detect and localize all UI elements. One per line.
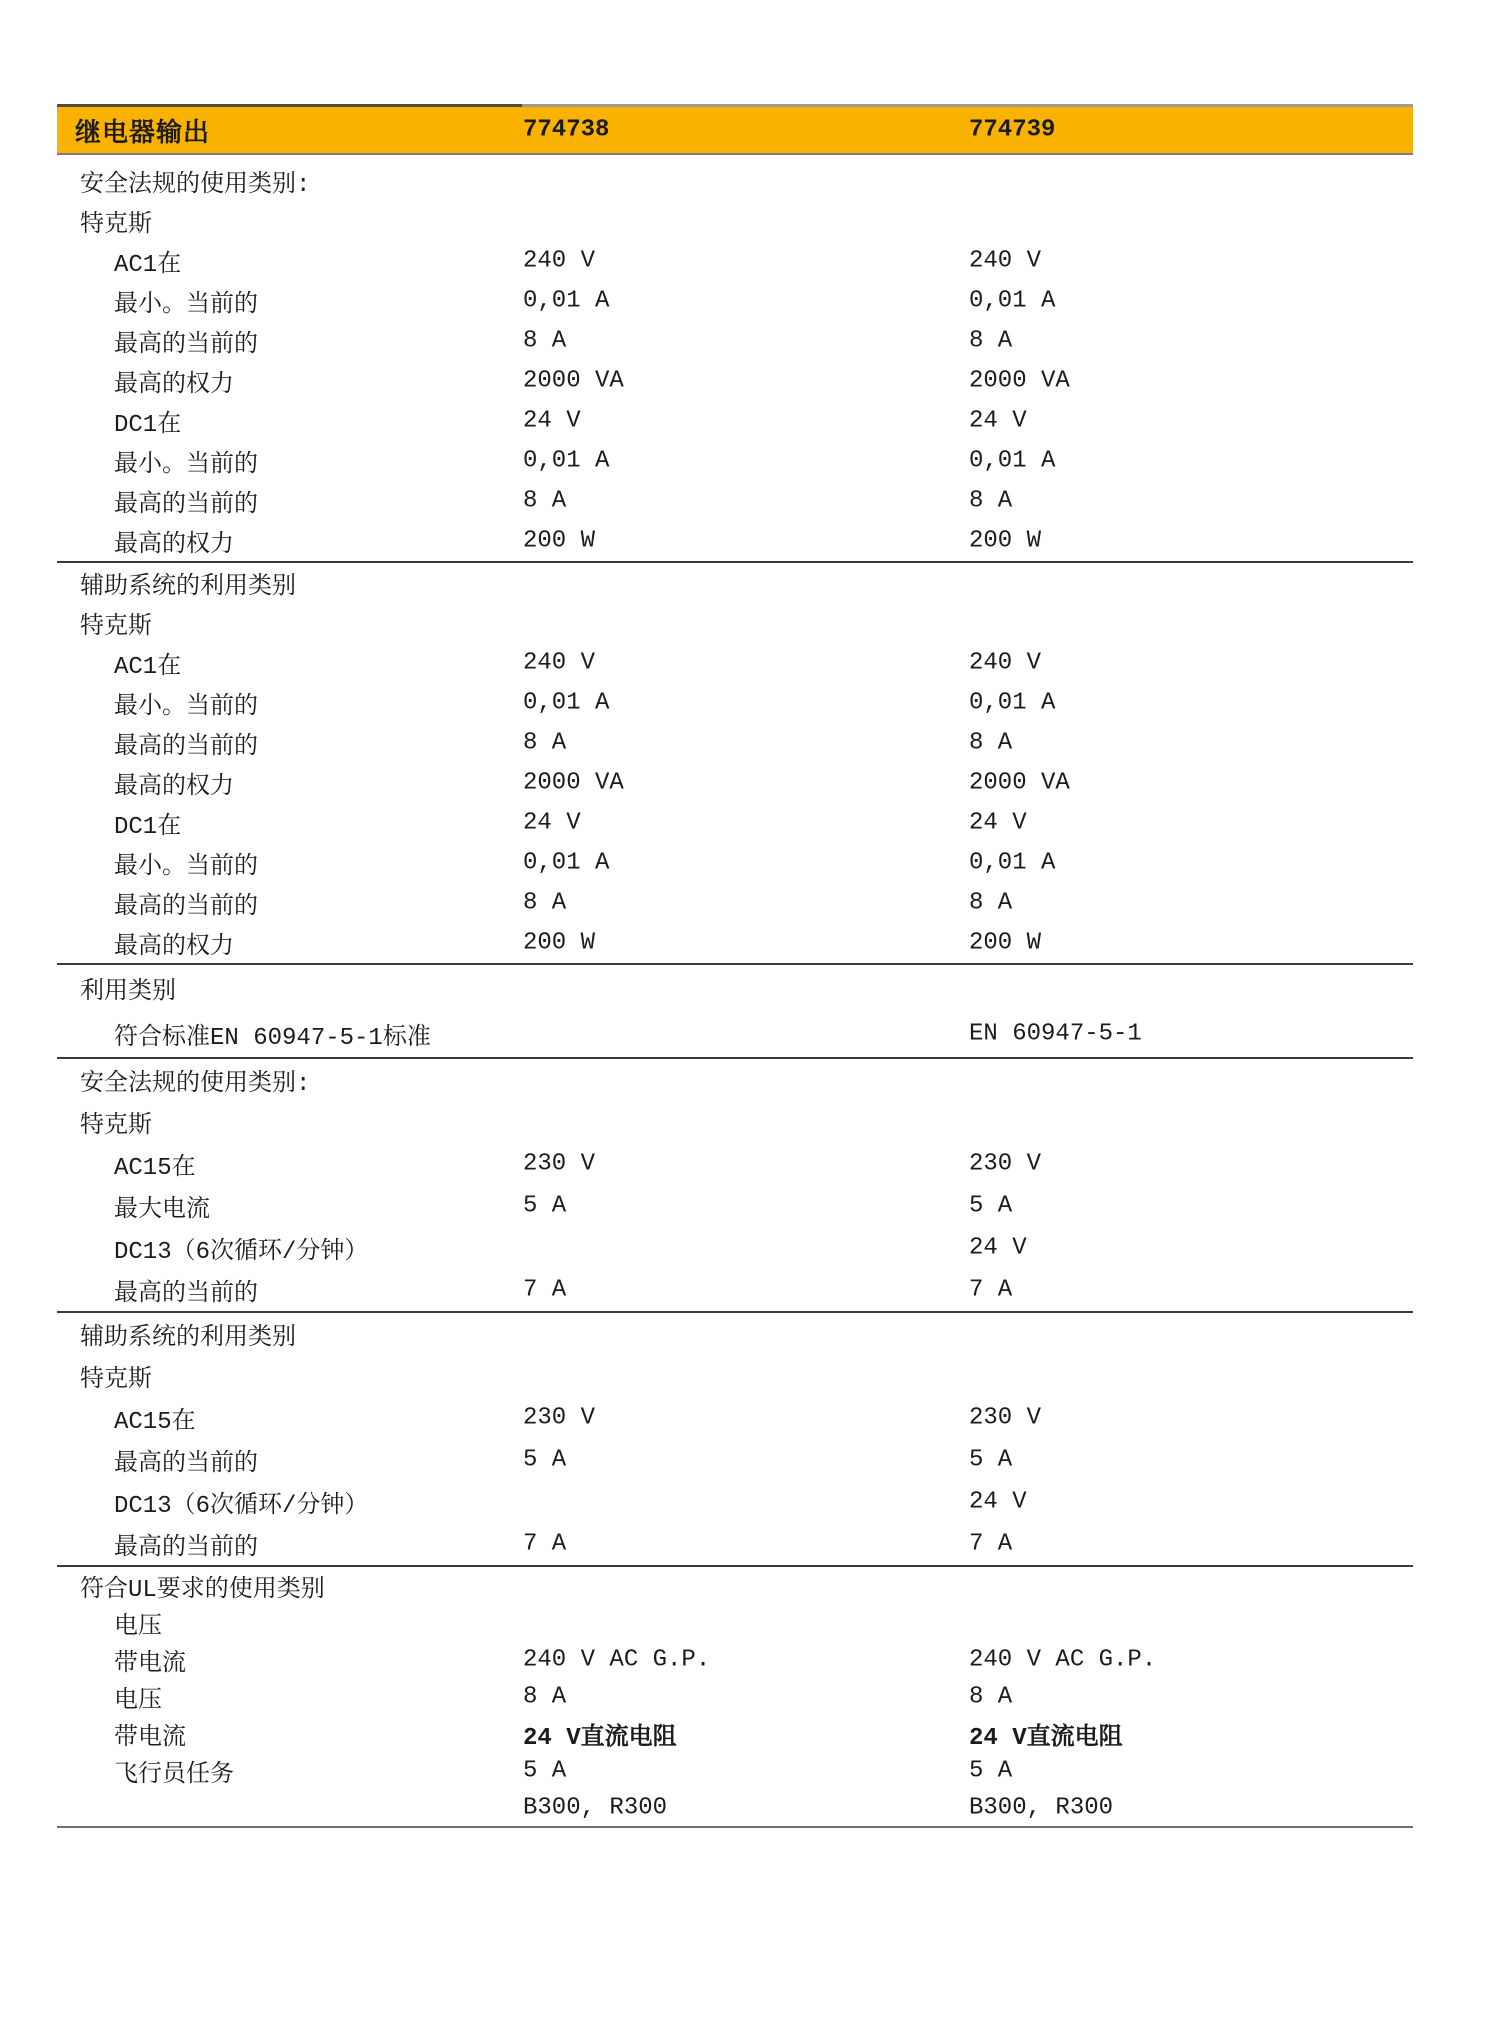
value-774739: 240 V AC G.P. (969, 1646, 1156, 1673)
value-774739: 0,01 A (969, 690, 1055, 717)
value-774739: 8 A (969, 730, 1012, 757)
value-774738: 0,01 A (523, 690, 609, 717)
row-label: DC13（6次循环/分钟） (57, 1484, 368, 1520)
value-774739: 24 V (969, 810, 1027, 837)
spec-row: 安全法规的使用类别: (57, 1059, 1413, 1101)
spec-row: 最小。当前的0,01 A0,01 A (57, 843, 1413, 883)
value-774739: 240 V (969, 650, 1041, 677)
spec-row: 最小。当前的0,01 A0,01 A (57, 683, 1413, 723)
value-774738: 8 A (523, 890, 566, 917)
row-label: DC1在 (57, 403, 181, 439)
value-774739: 8 A (969, 328, 1012, 355)
value-774738: 240 V (523, 248, 595, 275)
row-label: 电压 (57, 1605, 162, 1641)
row-label: 特克斯 (57, 1358, 152, 1394)
spec-row: 最大电流5 A5 A (57, 1185, 1413, 1227)
value-774739: EN 60947-5-1 (969, 1021, 1142, 1048)
value-774738: 2000 VA (523, 368, 624, 395)
row-label: AC15在 (57, 1400, 196, 1436)
value-774738: 0,01 A (523, 288, 609, 315)
spec-row: DC13（6次循环/分钟）24 V (57, 1481, 1413, 1523)
row-label: 最小。当前的 (57, 283, 258, 319)
spec-row: 最高的当前的8 A8 A (57, 321, 1413, 361)
value-774739: 7 A (969, 1531, 1012, 1558)
value-774738: 8 A (523, 1683, 566, 1710)
row-label: AC1在 (57, 645, 181, 681)
value-774738: 0,01 A (523, 850, 609, 877)
section: 安全法规的使用类别:特克斯AC1在240 V240 V最小。当前的0,01 A0… (57, 155, 1413, 561)
spec-content: 继电器输出 774738 774739 安全法规的使用类别:特克斯AC1在240… (57, 104, 1413, 1828)
spec-row: 最高的权力2000 VA2000 VA (57, 763, 1413, 803)
row-label: 最小。当前的 (57, 845, 258, 881)
section: 安全法规的使用类别:特克斯AC15在230 V230 V最大电流5 A5 ADC… (57, 1057, 1413, 1311)
spec-row: 带电流240 V AC G.P.240 V AC G.P. (57, 1641, 1413, 1678)
value-774739: 5 A (969, 1193, 1012, 1220)
value-774739: 24 V (969, 408, 1027, 435)
row-label: 符合标准EN 60947-5-1标准 (57, 1016, 431, 1052)
row-label: 最小。当前的 (57, 443, 258, 479)
spec-row: 带电流24 V直流电阻24 V直流电阻 (57, 1715, 1413, 1752)
spec-row: 最高的权力200 W200 W (57, 923, 1413, 963)
value-774738: 8 A (523, 328, 566, 355)
row-label: 最高的当前的 (57, 725, 258, 761)
row-label: AC15在 (57, 1146, 196, 1182)
value-774739: 5 A (969, 1447, 1012, 1474)
value-774739: 24 V直流电阻 (969, 1716, 1123, 1752)
value-774738: 24 V (523, 408, 581, 435)
row-label: 最高的当前的 (57, 1442, 258, 1478)
spec-row: AC1在240 V240 V (57, 643, 1413, 683)
value-774739: 8 A (969, 488, 1012, 515)
spec-row: 符合标准EN 60947-5-1标准EN 60947-5-1 (57, 1011, 1413, 1057)
value-774739: 2000 VA (969, 368, 1070, 395)
product-number-774738: 774738 (523, 117, 609, 144)
row-label: 最高的当前的 (57, 1526, 258, 1562)
product-number-774739: 774739 (969, 117, 1055, 144)
spec-row: 最高的当前的7 A7 A (57, 1523, 1413, 1565)
value-774738: 230 V (523, 1151, 595, 1178)
spec-row: AC1在240 V240 V (57, 241, 1413, 281)
value-774738: 24 V直流电阻 (523, 1716, 677, 1752)
table-title: 继电器输出 (57, 112, 210, 149)
spec-row: 辅助系统的利用类别 (57, 563, 1413, 603)
spec-row: 最高的当前的8 A8 A (57, 481, 1413, 521)
value-774738: 240 V AC G.P. (523, 1646, 710, 1673)
spec-row: 最高的当前的5 A5 A (57, 1439, 1413, 1481)
value-774739: 5 A (969, 1757, 1012, 1784)
value-774738: 0,01 A (523, 448, 609, 475)
row-label: 辅助系统的利用类别 (57, 1316, 296, 1352)
value-774739: 7 A (969, 1277, 1012, 1304)
row-label: 最高的权力 (57, 765, 234, 801)
spec-row: 特克斯 (57, 1101, 1413, 1143)
spec-row: 最高的权力2000 VA2000 VA (57, 361, 1413, 401)
value-774739: 0,01 A (969, 850, 1055, 877)
value-774739: 200 W (969, 528, 1041, 555)
spec-row: 特克斯 (57, 1355, 1413, 1397)
spec-table: 安全法规的使用类别:特克斯AC1在240 V240 V最小。当前的0,01 A0… (57, 155, 1413, 1826)
value-774738: 230 V (523, 1405, 595, 1432)
row-label: 最高的权力 (57, 925, 234, 961)
value-774738: 2000 VA (523, 770, 624, 797)
value-774738: 7 A (523, 1531, 566, 1558)
spec-row: 辅助系统的利用类别 (57, 1313, 1413, 1355)
row-label: 最高的当前的 (57, 483, 258, 519)
row-label: 特克斯 (57, 605, 152, 641)
row-label: 最大电流 (57, 1188, 210, 1224)
value-774739: 2000 VA (969, 770, 1070, 797)
spec-row: AC15在230 V230 V (57, 1397, 1413, 1439)
value-774739: 8 A (969, 1683, 1012, 1710)
value-774738: 5 A (523, 1757, 566, 1784)
spec-row: 最高的当前的8 A8 A (57, 723, 1413, 763)
spec-row: AC15在230 V230 V (57, 1143, 1413, 1185)
spec-row: 最高的当前的8 A8 A (57, 883, 1413, 923)
value-774738: 240 V (523, 650, 595, 677)
value-774738: 200 W (523, 930, 595, 957)
row-label: 带电流 (57, 1642, 186, 1678)
spec-row: 最高的当前的7 A7 A (57, 1269, 1413, 1311)
row-label: 最高的当前的 (57, 885, 258, 921)
row-label: 安全法规的使用类别: (57, 1062, 310, 1098)
value-774739: 230 V (969, 1405, 1041, 1432)
spec-row: 符合UL要求的使用类别 (57, 1567, 1413, 1604)
value-774739: 230 V (969, 1151, 1041, 1178)
value-774739: 0,01 A (969, 448, 1055, 475)
row-label: 辅助系统的利用类别 (57, 565, 296, 601)
spec-row: DC1在24 V24 V (57, 401, 1413, 441)
section: 辅助系统的利用类别特克斯AC1在240 V240 V最小。当前的0,01 A0,… (57, 561, 1413, 963)
value-774738: 7 A (523, 1277, 566, 1304)
row-label: 飞行员任务 (57, 1753, 234, 1789)
spec-row: 特克斯 (57, 201, 1413, 241)
row-label: 利用类别 (57, 970, 176, 1006)
spec-row: 最高的权力200 W200 W (57, 521, 1413, 561)
spec-row: 电压 (57, 1604, 1413, 1641)
value-774739: 240 V (969, 248, 1041, 275)
value-774738: 5 A (523, 1193, 566, 1220)
spec-row: 电压8 A8 A (57, 1678, 1413, 1715)
spec-row: 安全法规的使用类别: (57, 161, 1413, 201)
spec-row: 飞行员任务5 A5 A (57, 1752, 1413, 1789)
value-774739: 200 W (969, 930, 1041, 957)
spec-row: B300, R300B300, R300 (57, 1789, 1413, 1826)
section: 辅助系统的利用类别特克斯AC15在230 V230 V最高的当前的5 A5 AD… (57, 1311, 1413, 1565)
row-label: 特克斯 (57, 203, 152, 239)
row-label: 最高的当前的 (57, 323, 258, 359)
spec-row: DC13（6次循环/分钟）24 V (57, 1227, 1413, 1269)
value-774739: 8 A (969, 890, 1012, 917)
row-label: 安全法规的使用类别: (57, 163, 310, 199)
row-label: AC1在 (57, 243, 181, 279)
value-774739: 0,01 A (969, 288, 1055, 315)
row-label: DC13（6次循环/分钟） (57, 1230, 368, 1266)
section: 利用类别符合标准EN 60947-5-1标准EN 60947-5-1 (57, 963, 1413, 1057)
row-label: DC1在 (57, 805, 181, 841)
value-774739: B300, R300 (969, 1794, 1113, 1821)
value-774738: 5 A (523, 1447, 566, 1474)
row-label: 电压 (57, 1679, 162, 1715)
spec-row: 最小。当前的0,01 A0,01 A (57, 441, 1413, 481)
value-774738: B300, R300 (523, 1794, 667, 1821)
spec-row: DC1在24 V24 V (57, 803, 1413, 843)
value-774738: 24 V (523, 810, 581, 837)
spec-row: 最小。当前的0,01 A0,01 A (57, 281, 1413, 321)
value-774738: 8 A (523, 488, 566, 515)
value-774738: 200 W (523, 528, 595, 555)
section: 符合UL要求的使用类别电压带电流240 V AC G.P.240 V AC G.… (57, 1565, 1413, 1826)
value-774738: 8 A (523, 730, 566, 757)
value-774739: 24 V (969, 1489, 1027, 1516)
row-label: 特克斯 (57, 1104, 152, 1140)
datasheet-page: 继电器输出 774738 774739 安全法规的使用类别:特克斯AC1在240… (0, 0, 1494, 2044)
row-label: 符合UL要求的使用类别 (57, 1568, 325, 1604)
spec-row: 利用类别 (57, 965, 1413, 1011)
table-header-bar: 继电器输出 774738 774739 (57, 107, 1413, 155)
value-774739: 24 V (969, 1235, 1027, 1262)
row-label: 带电流 (57, 1716, 186, 1752)
row-label: 最高的权力 (57, 363, 234, 399)
row-label: 最高的当前的 (57, 1272, 258, 1308)
spec-row: 特克斯 (57, 603, 1413, 643)
bottom-rule (57, 1826, 1413, 1828)
row-label: 最高的权力 (57, 523, 234, 559)
row-label: 最小。当前的 (57, 685, 258, 721)
